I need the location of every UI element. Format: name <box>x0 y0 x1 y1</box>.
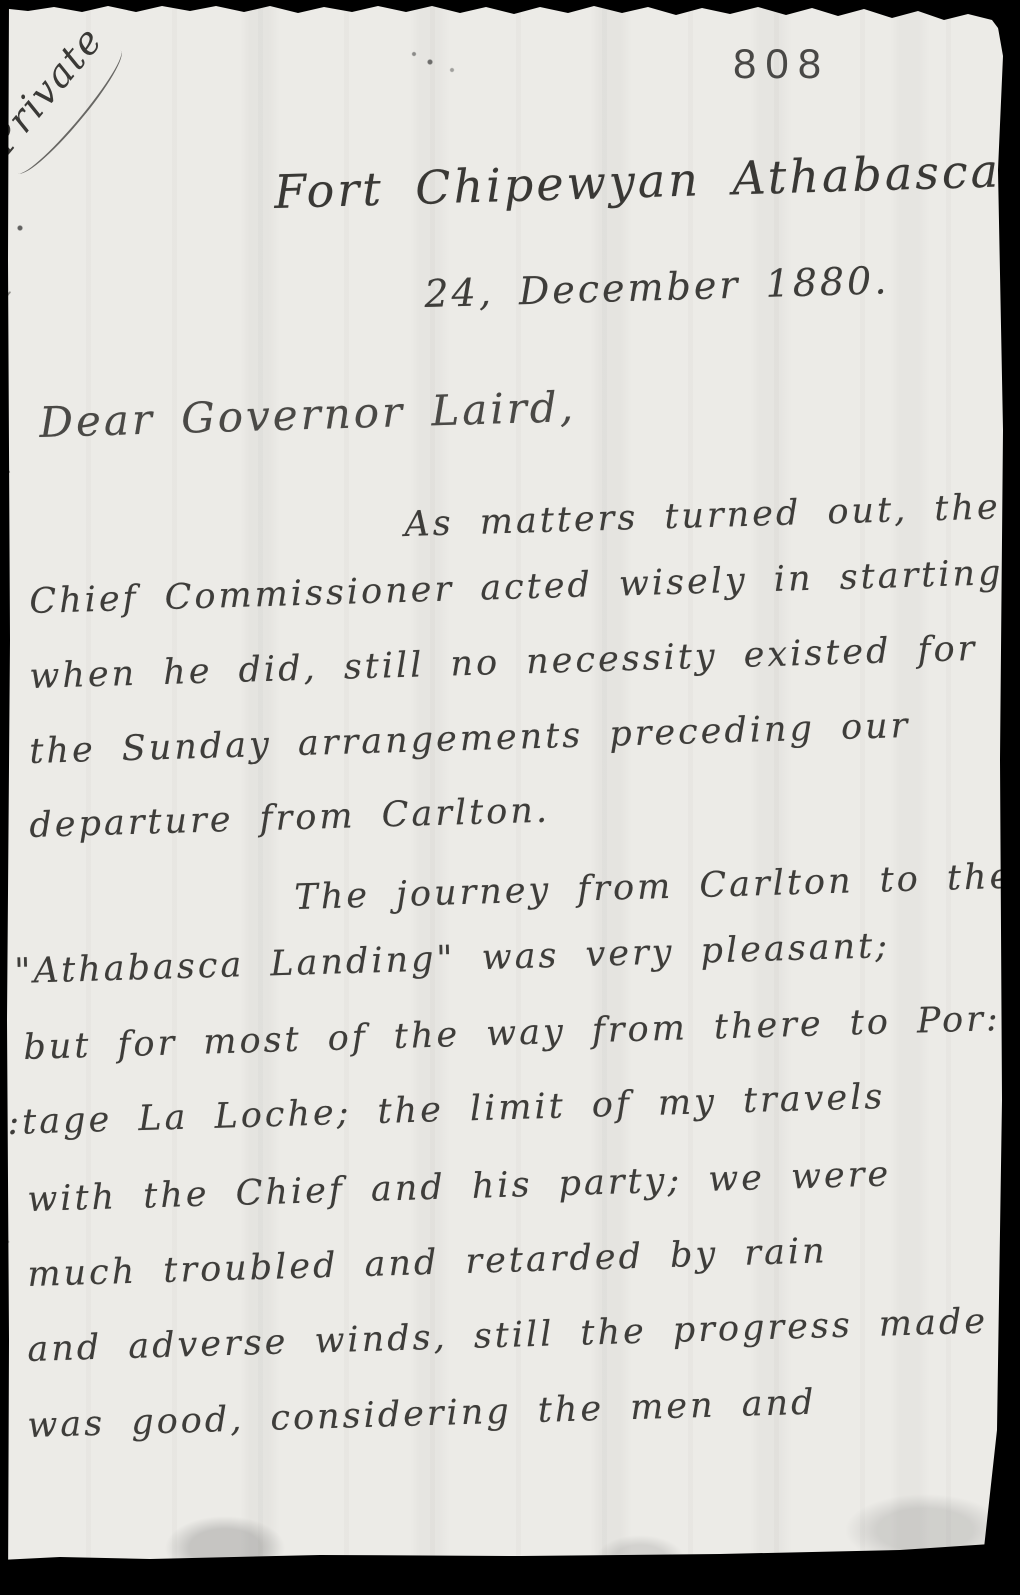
page-number: 808 <box>733 40 830 88</box>
handwritten-line: when he did, still no necessity existed … <box>29 629 978 697</box>
dateline-place: Fort Chipewyan Athabasca, <box>273 143 1019 219</box>
handwritten-line: with the Chief and his party; we were <box>27 1154 892 1220</box>
salutation: Dear Governor Laird, <box>39 382 577 447</box>
letter-paper: Private 808 Fort Chipewyan Athabasca, 24… <box>0 0 1020 1595</box>
handwritten-line: departure from Carlton. <box>29 791 551 846</box>
handwritten-line: was good, considering the men and <box>27 1383 817 1446</box>
handwritten-line: The journey from Carlton to the <box>294 857 1014 918</box>
handwritten-line: "Athabasca Landing" was very pleasant; <box>14 926 891 992</box>
handwritten-line: but for most of the way from there to Po… <box>23 999 1001 1068</box>
stray-ink-mark <box>0 286 25 330</box>
private-annotation: Private <box>0 17 112 162</box>
handwritten-line: Chief Commissioner acted wisely in start… <box>29 553 1004 622</box>
handwritten-line: :tage La Loche; the limit of my travels <box>7 1077 886 1143</box>
dateline-date: 24, December 1880. <box>424 258 890 316</box>
stray-ink-mark <box>0 1236 24 1270</box>
stray-ink-mark <box>0 466 24 504</box>
handwritten-line: As matters turned out, the <box>404 487 1001 545</box>
handwritten-line: and adverse winds, still the progress ma… <box>27 1302 989 1370</box>
scanned-letter-page: Private 808 Fort Chipewyan Athabasca, 24… <box>0 0 1020 1595</box>
handwritten-line: the Sunday arrangements preceding our <box>29 706 911 772</box>
handwritten-line: much troubled and retarded by rain <box>27 1231 828 1295</box>
